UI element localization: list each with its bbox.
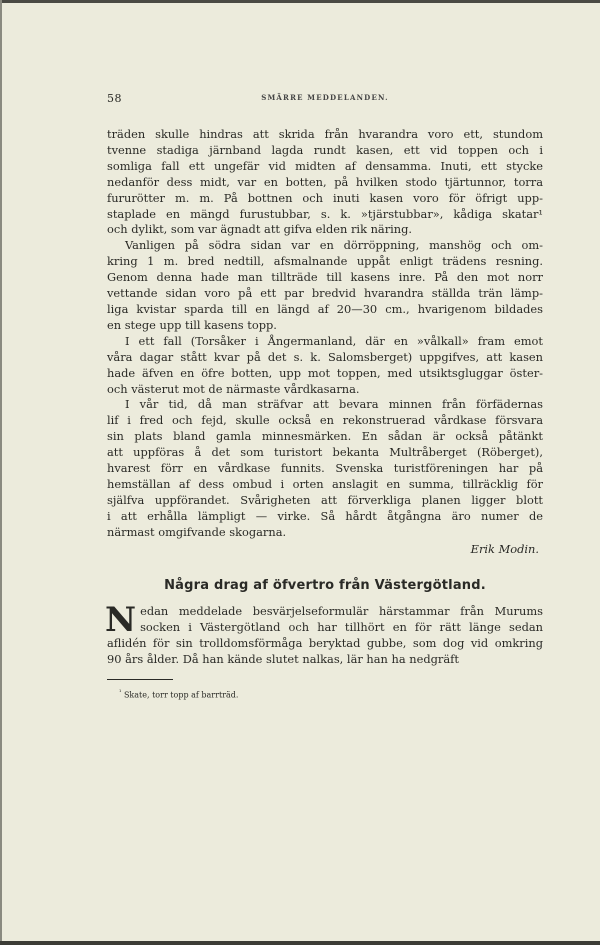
section-heading: Några drag af öfvertro från Västergötlan… [107, 578, 543, 593]
text-line: edan meddelade besvärjelseformulär härst… [107, 604, 543, 620]
text-line: staplade en mängd furustubbar, s. k. »tj… [107, 207, 543, 223]
text-line: våra dagar stått kvar på det s. k. Salom… [107, 350, 543, 366]
text-line: lif i fred och fejd, skulle också en rek… [107, 413, 543, 429]
footnote-text: Skate, torr topp af barrträd. [124, 691, 238, 700]
text-line: Genom denna hade man tillträde till kase… [107, 270, 543, 286]
text-line: och västerut mot de närmaste vårdkasarna… [107, 382, 543, 398]
drop-cap: N [105, 606, 136, 634]
text-line: fururötter m. m. På bottnen och inuti ka… [107, 191, 543, 207]
text-line: Vanligen på södra sidan var en dörröppni… [107, 238, 543, 254]
scan-edge-bottom [0, 941, 600, 945]
text-line: nedanför dess midt, var en botten, på hv… [107, 175, 543, 191]
text-line: hemställan af dess ombud i orten anslagi… [107, 477, 543, 493]
text-line: närmast omgifvande skogarna. [107, 525, 543, 541]
article-body: träden skulle hindras att skrida från hv… [107, 127, 543, 557]
text-line: en stege upp till kasens topp. [107, 318, 543, 334]
scan-edge-left [0, 0, 2, 945]
running-head-title: SMÄRRE MEDDELANDEN. [107, 93, 543, 102]
text-line: träden skulle hindras att skrida från hv… [107, 127, 543, 143]
footnote-divider [107, 679, 173, 680]
footnote-marker: ¹ [119, 689, 121, 696]
paragraph-1: träden skulle hindras att skrida från hv… [107, 127, 543, 238]
text-line: socken i Västergötland och har tillhört … [107, 620, 543, 636]
text-line: hade äfven en öfre botten, upp mot toppe… [107, 366, 543, 382]
text-line: i att erhålla lämpligt — virke. Så hårdt… [107, 509, 543, 525]
text-line: tvenne stadiga järnband lagda rundt kase… [107, 143, 543, 159]
paragraph-3: I ett fall (Torsåker i Ångermanland, där… [107, 334, 543, 398]
text-line: aflidén för sin trolldomsförmåga berykta… [107, 636, 543, 652]
text-line: sin plats bland gamla minnesmärken. En s… [107, 429, 543, 445]
text-line: I ett fall (Torsåker i Ångermanland, där… [107, 334, 543, 350]
author-signature: Erik Modin. [107, 542, 543, 558]
text-line: kring 1 m. bred nedtill, afsmalnande upp… [107, 254, 543, 270]
section-body: N edan meddelade besvärjelseformulär här… [107, 604, 543, 668]
text-line: somliga fall ett ungefär vid midten af d… [107, 159, 543, 175]
text-line: och dylikt, som var ägnadt att gifva eld… [107, 222, 543, 238]
text-line: själfva uppförandet. Svårigheten att för… [107, 493, 543, 509]
text-line: att uppföras å det som turistort bekanta… [107, 445, 543, 461]
text-line: hvarest förr en vårdkase funnits. Svensk… [107, 461, 543, 477]
running-head: 58 SMÄRRE MEDDELANDEN. [107, 92, 543, 110]
book-page: 58 SMÄRRE MEDDELANDEN. träden skulle hin… [107, 92, 543, 700]
text-line: vettande sidan voro på ett par bredvid h… [107, 286, 543, 302]
text-line: 90 års ålder. Då han kände slutet nalkas… [107, 652, 543, 668]
scan-edge-top [0, 0, 600, 3]
paragraph-4: I vår tid, då man sträfvar att bevara mi… [107, 397, 543, 540]
text-line: liga kvistar sparda till en längd af 20—… [107, 302, 543, 318]
text-line: I vår tid, då man sträfvar att bevara mi… [107, 397, 543, 413]
paragraph-2: Vanligen på södra sidan var en dörröppni… [107, 238, 543, 333]
footnote: ¹ Skate, torr topp af barrträd. [107, 689, 543, 700]
